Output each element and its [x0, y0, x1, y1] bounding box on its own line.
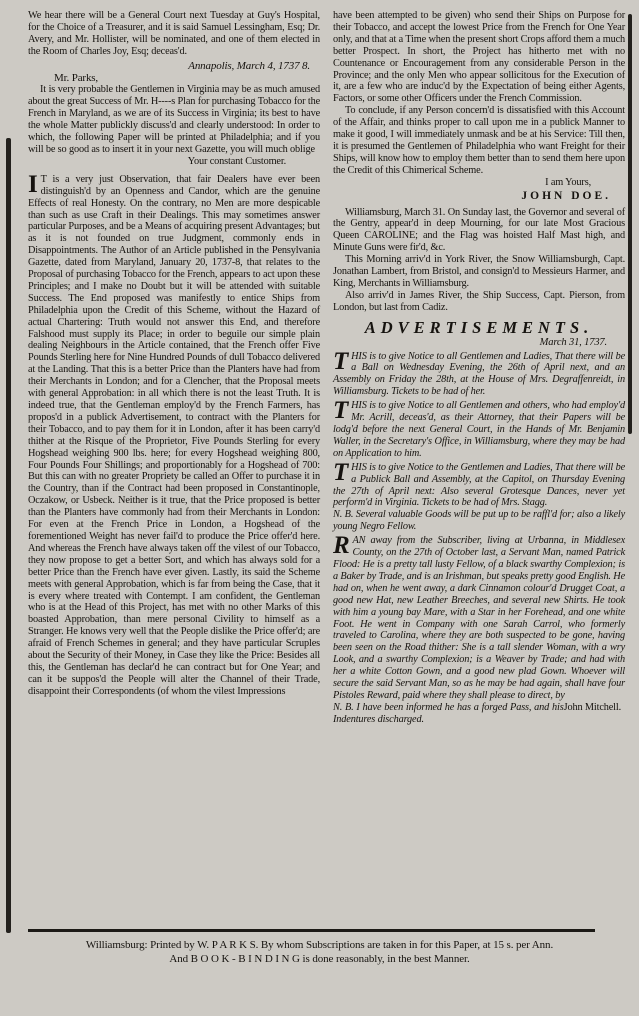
news-item-james-river: Also arriv'd in James River, the Ship Su…	[333, 290, 625, 314]
news-item-williamsburg: Williamsburg, March 31. On Sunday last, …	[333, 207, 625, 255]
ad-ball-dropcap: T	[333, 351, 351, 372]
ad-assembly-notice: THIS is to give Notice to the Gentlemen …	[333, 462, 625, 510]
letter-closing: Your constant Customer.	[28, 156, 320, 168]
left-column: We hear there will be a General Court ne…	[28, 10, 320, 922]
footer-divider-rule	[28, 929, 595, 932]
imprint-line-2: And B O O K - B I N D I N G is done reas…	[0, 952, 639, 966]
ad-assembly-text: HIS is to give Notice to the Gentlemen a…	[333, 462, 625, 509]
newspaper-page: We hear there will be a General Court ne…	[0, 0, 639, 1016]
ad-acrill-notice: THIS is to give Notice to all Gentlemen …	[333, 400, 625, 460]
ad-assembly-dropcap: T	[333, 462, 351, 483]
advertisements-heading: ADVERTISEMENTS.	[333, 319, 625, 337]
ad-acrill-text: HIS is to give Notice to all Gentlemen a…	[333, 400, 625, 459]
advertisements-date: March 31, 1737.	[333, 337, 625, 349]
essay-dropcap: I	[28, 174, 41, 195]
ad-runaway-dropcap: R	[333, 535, 353, 556]
ad-ball-text: HIS is to give Notice to all Gentlemen a…	[333, 351, 625, 398]
page-columns: We hear there will be a General Court ne…	[28, 10, 626, 922]
ad-assembly-nb: N. B. Several valuable Goods will be put…	[333, 509, 625, 533]
ad-runaway-notice: RAN away from the Subscriber, living at …	[333, 535, 625, 702]
printer-imprint: Williamsburg: Printed by W. P A R K S. B…	[0, 938, 639, 966]
scan-artifact-left-edge	[6, 138, 11, 933]
letter-salutation: Mr. Parks,	[28, 73, 320, 85]
scan-artifact-right-edge	[628, 14, 632, 434]
news-item-york-river: This Morning arriv'd in York River, the …	[333, 254, 625, 290]
ad-runaway-signature: John Mitchell.	[564, 702, 625, 714]
letter-valediction: I am Yours,	[333, 177, 625, 189]
news-item-general-court: We hear there will be a General Court ne…	[28, 10, 320, 58]
essay-tobacco-scheme: IT is a very just Observation, that fair…	[28, 174, 320, 698]
dateline-annapolis: Annapolis, March 4, 1737 8.	[28, 61, 320, 73]
essay-conclusion: To conclude, if any Person concern'd is …	[333, 105, 625, 176]
essay-continuation: have been attempted to be given) who sen…	[333, 10, 625, 105]
letter-to-printer: It is very probable the Gentlemen in Vir…	[28, 84, 320, 155]
ad-runaway-text: AN away from the Subscriber, living at U…	[333, 535, 625, 701]
ad-ball-notice: THIS is to give Notice to all Gentlemen …	[333, 351, 625, 399]
imprint-line-1: Williamsburg: Printed by W. P A R K S. B…	[0, 938, 639, 952]
essay-body: T is a very just Observation, that fair …	[28, 174, 320, 697]
ad-acrill-dropcap: T	[333, 400, 351, 421]
right-column: have been attempted to be given) who sen…	[333, 10, 625, 922]
letter-signature-john-doe: JOHN DOE.	[333, 191, 625, 203]
